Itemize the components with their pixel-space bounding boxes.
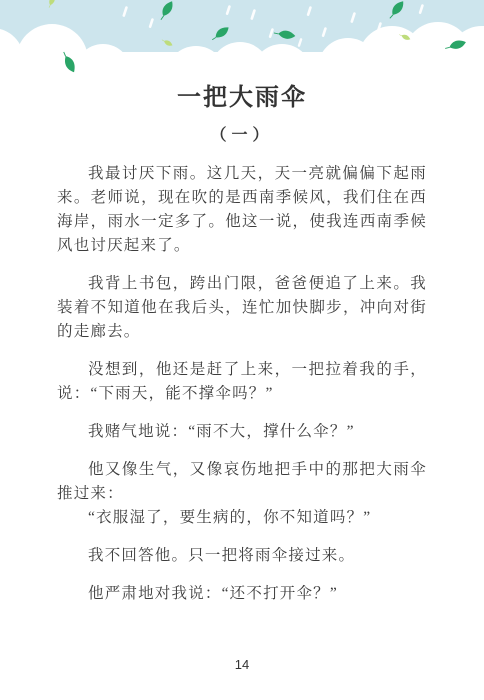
story-body: 我最讨厌下雨。这几天，天一亮就偏偏下起雨来。老师说，现在吹的是西南季候风，我们住…: [57, 162, 427, 606]
paragraph: 我不回答他。只一把将雨伞接过来。: [57, 544, 427, 568]
paragraph: 没想到，他还是赶了上来，一把拉着我的手，说：“下雨天，能不撑伞吗？”: [57, 358, 427, 406]
paragraph: 我最讨厌下雨。这几天，天一亮就偏偏下起雨来。老师说，现在吹的是西南季候风，我们住…: [57, 162, 427, 258]
section-number: （一）: [0, 126, 484, 146]
page-number: 14: [0, 657, 484, 672]
paragraph: 他严肃地对我说：“还不打开伞？”: [57, 582, 427, 606]
paragraph-quote: “衣服湿了，要生病的，你不知道吗？”: [57, 506, 427, 530]
paragraph: 我背上书包，跨出门限，爸爸便追了上来。我装着不知道他在我后头，连忙加快脚步，冲向…: [57, 272, 427, 344]
story-title: 一把大雨伞: [0, 84, 484, 112]
header-decoration: [0, 0, 484, 82]
paragraph: 他又像生气，又像哀伤地把手中的那把大雨伞推过来：: [57, 458, 427, 506]
paragraph: 我赌气地说：“雨不大，撑什么伞？”: [57, 420, 427, 444]
book-page: 一把大雨伞 （一） 我最讨厌下雨。这几天，天一亮就偏偏下起雨来。老师说，现在吹的…: [0, 0, 484, 700]
